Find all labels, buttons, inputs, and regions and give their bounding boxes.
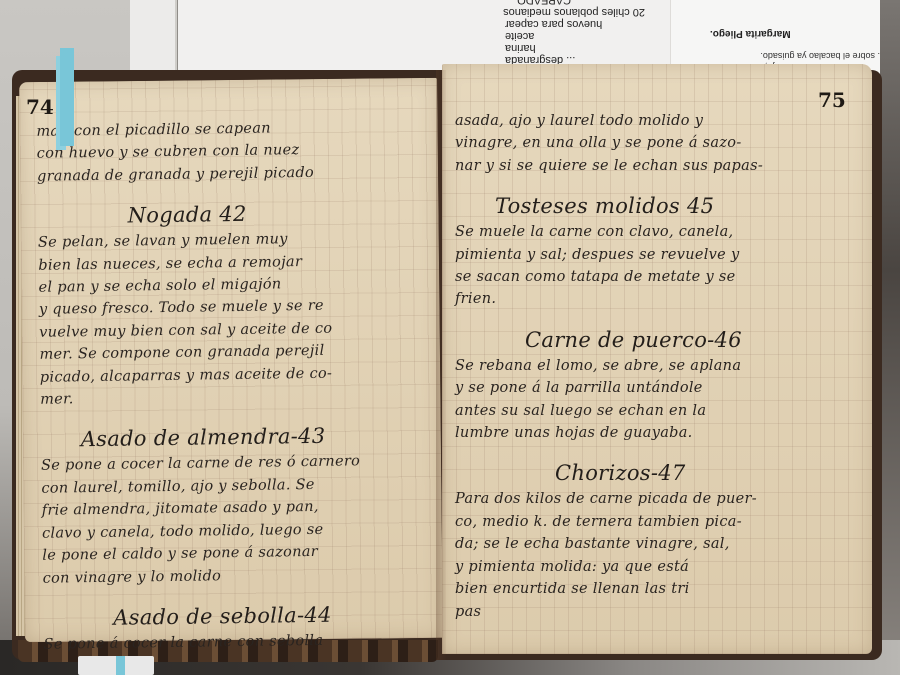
handwritten-line: Para dos kilos de carne picada de puer- [455, 488, 870, 510]
bookmark-ribbon-bottom[interactable] [116, 656, 125, 675]
handwritten-line: se sacan como tatapa de metate y se [455, 266, 870, 288]
recipe-title: Tosteses molidos 45 [455, 191, 870, 221]
printed-author-upside-down: Margarita Pliego. [710, 28, 791, 39]
handwritten-line: co, medio k. de ternera tambien pica- [455, 511, 870, 533]
left-page-number: 74 [26, 95, 54, 119]
right-page-number: 75 [818, 88, 846, 112]
handwritten-line: pas [455, 601, 870, 623]
printed-ingredients-upside-down: ... desgranada harina aceite huevos para… [505, 0, 645, 66]
handwritten-line: Se rebana el lomo, se abre, se aplana [455, 355, 870, 377]
table-surface-right [880, 0, 900, 675]
handwritten-line: frien. [455, 288, 870, 310]
handwritten-line: da; se le echa bastante vinagre, sal, [455, 533, 870, 555]
handwritten-line: vinagre, en una olla y se pone á sazo- [455, 132, 870, 154]
handwritten-line: nar y si se quiere se le echan sus papas… [455, 155, 870, 177]
recipe-title: Carne de puerco-46 [455, 325, 870, 355]
printed-sheet-edge [130, 0, 177, 80]
handwritten-line: asada, ajo y laurel todo molido y [455, 110, 870, 132]
bookmark-ribbon[interactable] [60, 48, 74, 146]
handwritten-line: antes su sal luego se echan en la [455, 400, 870, 422]
handwritten-line: y se pone á la parrilla untándole [455, 377, 870, 399]
recipe-title: Chorizos-47 [455, 458, 870, 488]
right-page-text: asada, ajo y laurel todo molido y vinagr… [455, 110, 870, 623]
handwritten-line: pimienta y sal; despues se revuelve y [455, 244, 870, 266]
handwritten-line: Se muele la carne con clavo, canela, [455, 221, 870, 243]
handwritten-line: y pimienta molida: ya que está [455, 556, 870, 578]
handwritten-line: lumbre unas hojas de guayaba. [455, 422, 870, 444]
left-page-text: man con el picadillo se capean con huevo… [36, 115, 438, 656]
handwritten-line: bien encurtida se llenan las tri [455, 578, 870, 600]
